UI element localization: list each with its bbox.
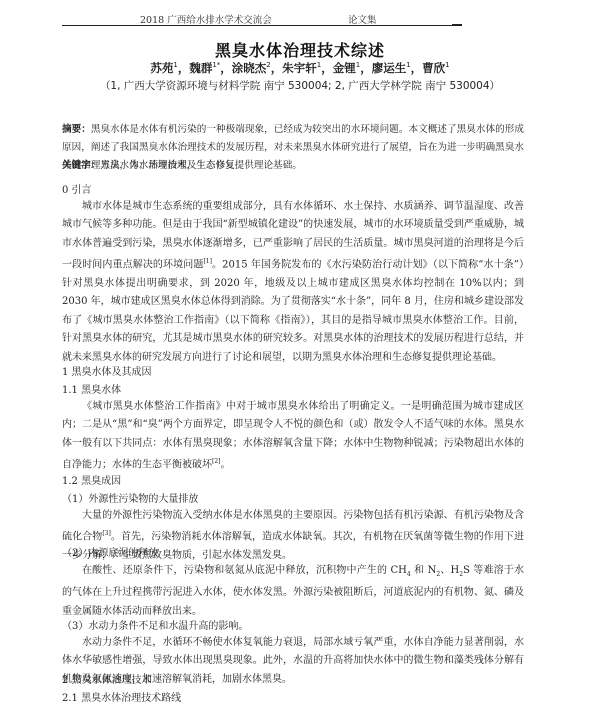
- subheading-hydrodynamics: （3）水动力条件不足和水温升高的影响。: [62, 617, 248, 632]
- section-heading-1: 1 黑臭水体及其成因: [62, 363, 152, 378]
- section-heading-1-1: 1.1 黑臭水体: [62, 381, 121, 396]
- author: 魏群1*，: [189, 61, 231, 75]
- citation: [1]: [203, 258, 212, 265]
- subheading-sediment-release: （2）内源底泥的释放: [62, 544, 158, 559]
- section-heading-1-2: 1.2 黑臭成因: [62, 472, 121, 487]
- author: 金锂1，: [333, 61, 372, 75]
- author: 曹欣1: [422, 61, 449, 75]
- intro-paragraph: 城市水体是城市生态系统的重要组成部分，具有水体循环、水土保持、水质涵养、调节温湿…: [62, 198, 524, 367]
- header-rule: [62, 25, 462, 26]
- subheading-external-pollution: （1）外源性污染物的大量排放: [62, 490, 198, 505]
- keywords-text: 黑臭水体；治理技术，生态修复: [100, 160, 234, 171]
- paragraph-1-1: 《城市黑臭水体整治工作指南》中对于城市黑臭水体给出了明确定义。一是明确范围为城市…: [62, 398, 524, 475]
- author-list: 苏苑1，魏群1*，涂晓杰2，朱宇轩1，金锂1，廖运生1，曹欣1: [0, 60, 600, 76]
- author: 苏苑1，: [150, 61, 189, 75]
- author: 涂晓杰2，: [232, 61, 282, 75]
- running-header-right: 论文集: [348, 12, 377, 26]
- paragraph-sediment-release: 在酸性、还原条件下，污染物和氨氮从底泥中释放，沉积物中产生的 CH4 和 N2、…: [62, 562, 524, 621]
- affiliation: （1, 广西大学资源环境与材料学院 南宁 530004; 2, 广西大学林学院 …: [0, 78, 600, 93]
- running-header-left: 2018 广西给水排水学术交流会: [140, 12, 272, 26]
- keywords: 关键字：黑臭水体；治理技术，生态修复: [62, 157, 524, 175]
- author: 廖运生1，: [372, 61, 422, 75]
- section-heading-2: 2 黑臭水体治理技术: [62, 671, 152, 686]
- section-heading-0: 0 引言: [62, 181, 92, 196]
- citation: [2]: [212, 458, 221, 465]
- author: 朱宇轩1，: [282, 61, 332, 75]
- header-rule-mark: [452, 24, 462, 26]
- paper-title: 黑臭水体治理技术综述: [0, 38, 600, 61]
- citation: [3]: [102, 530, 111, 537]
- keywords-label: 关键字：: [62, 160, 100, 171]
- abstract-label: 摘要：: [62, 124, 91, 135]
- section-heading-2-1: 2.1 黑臭水体治理技术路线: [62, 689, 181, 704]
